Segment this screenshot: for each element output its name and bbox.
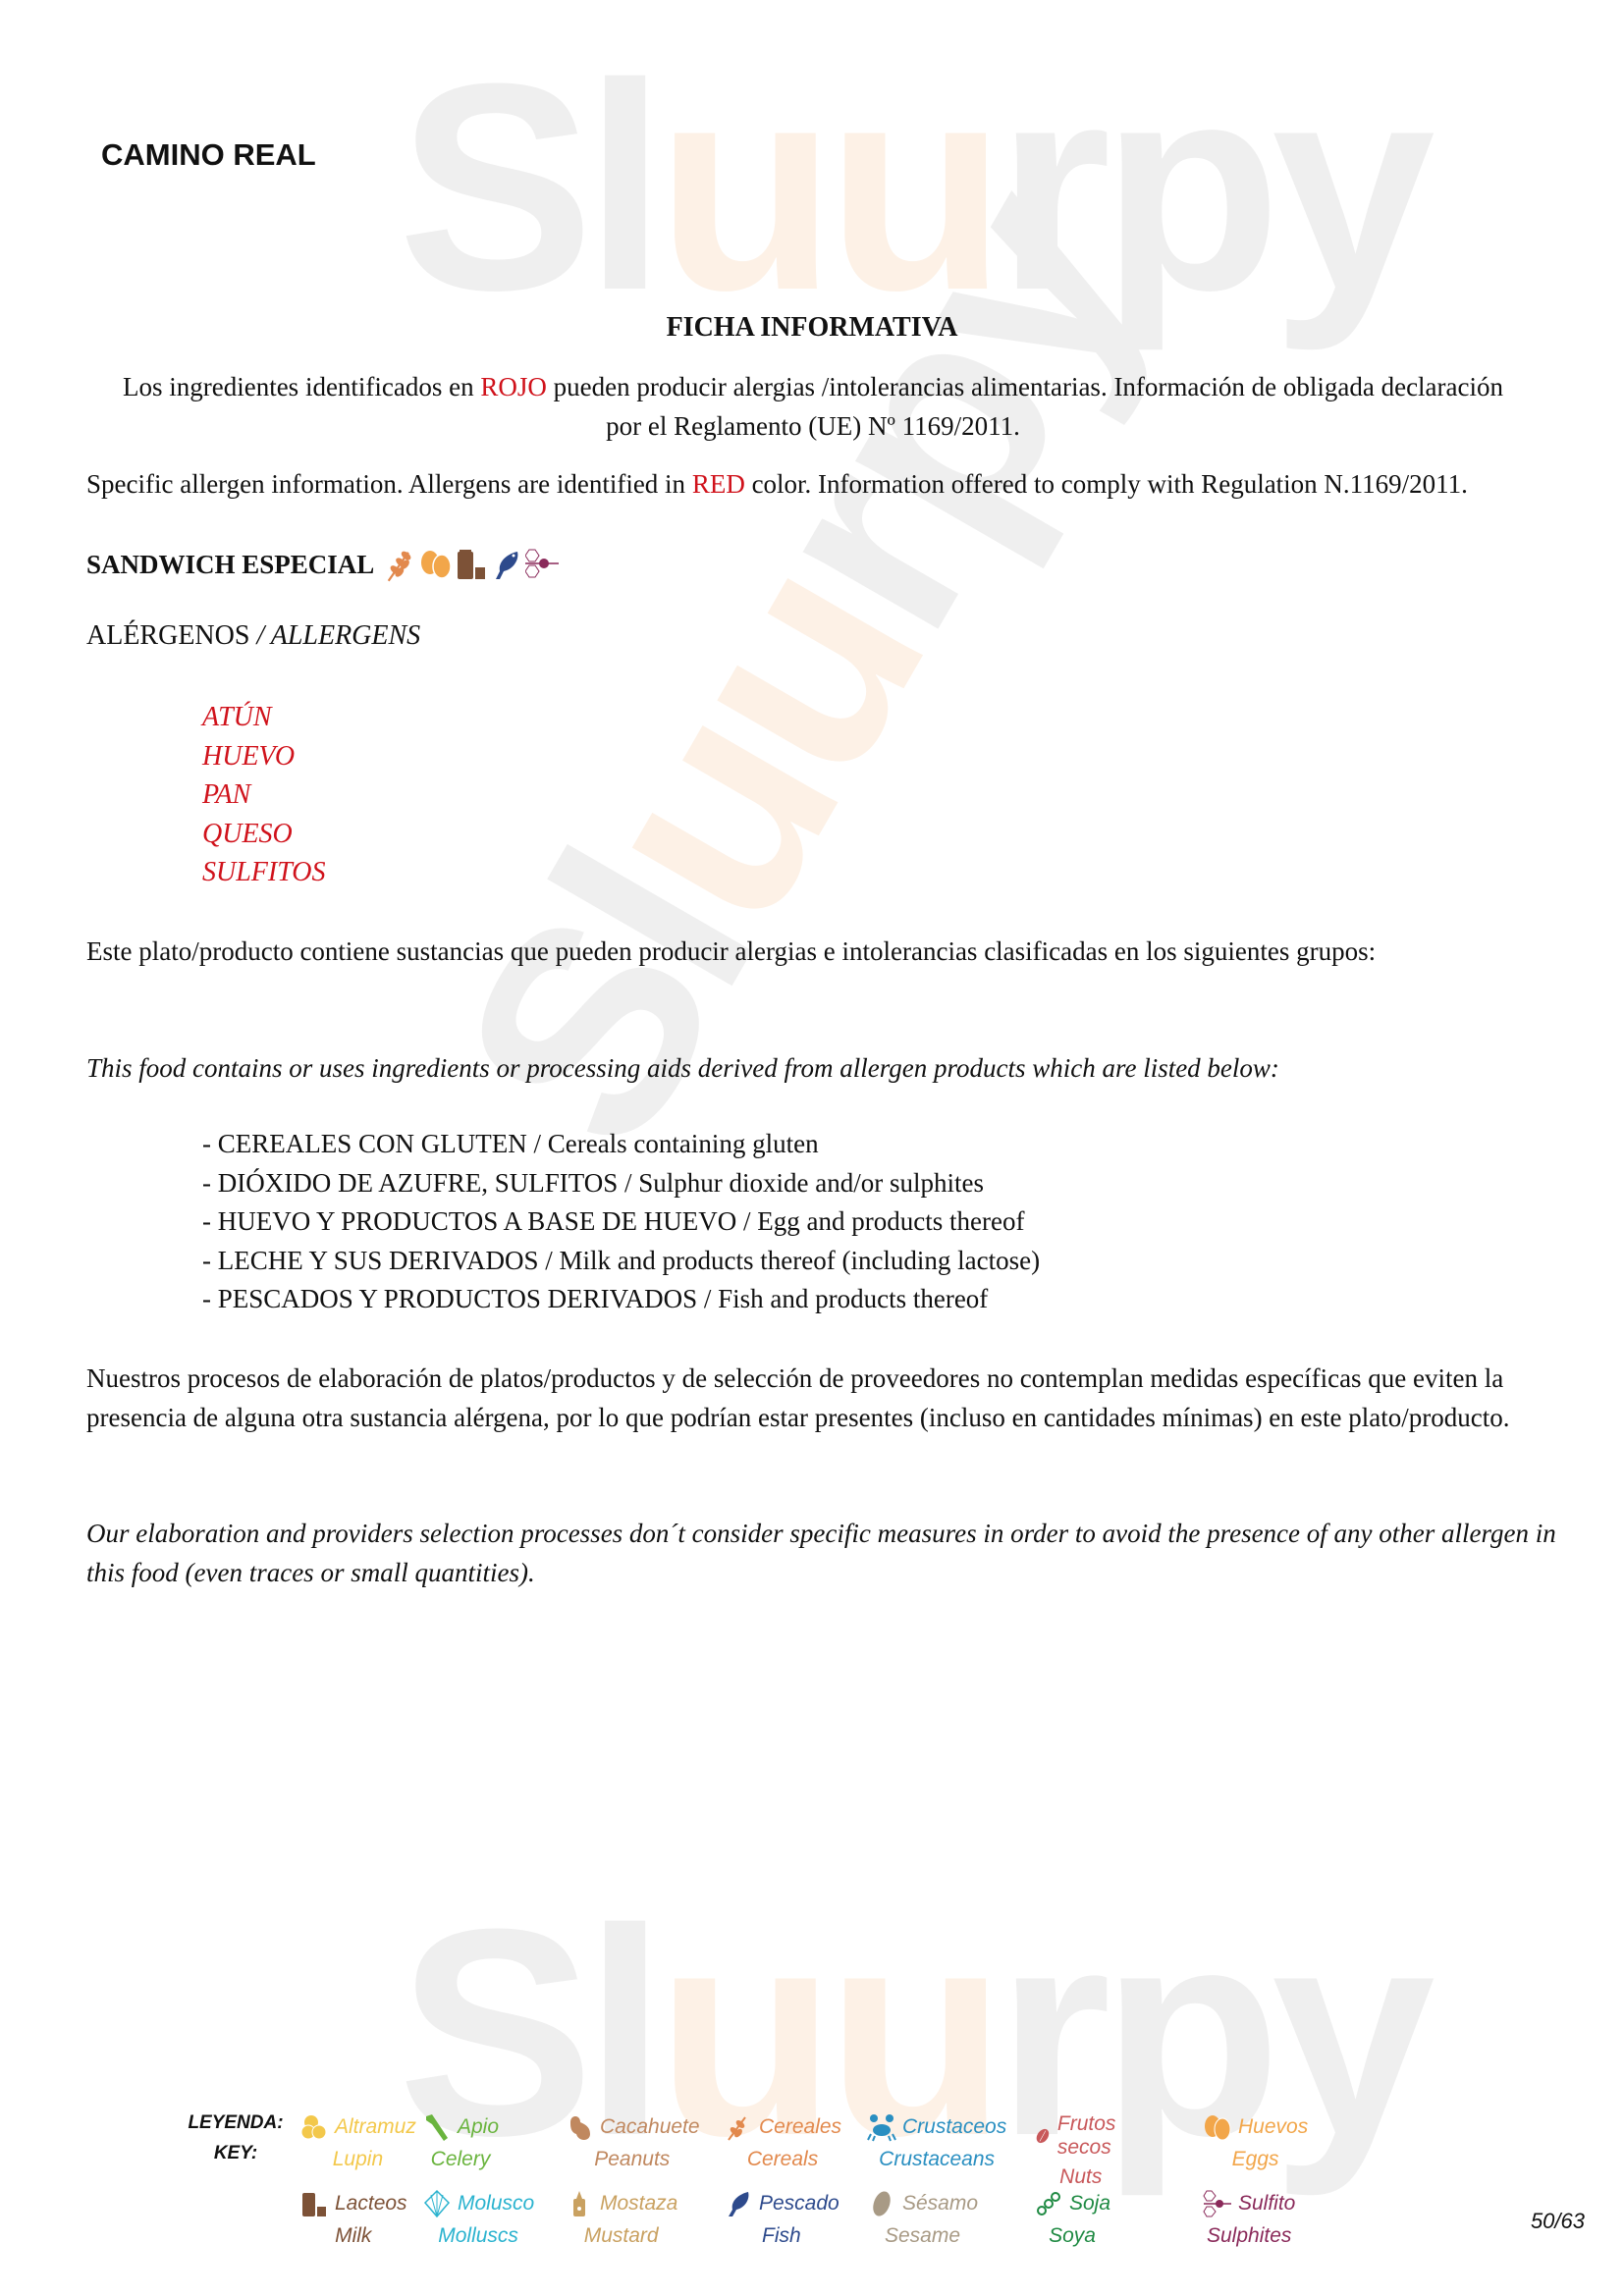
legend-item-es: Cereales [724, 2112, 841, 2142]
legend-item-lupin: AltramuzLupin [299, 2112, 416, 2171]
milk-icon [455, 546, 488, 583]
eggs-icon [419, 546, 453, 583]
legend-label-es: Cereales [759, 2115, 841, 2139]
legend-label-es: Apio [458, 2115, 499, 2139]
cereals-icon [384, 546, 417, 583]
legend-label-en: KEY: [182, 2143, 290, 2164]
legend-label-es: LEYENDA: [182, 2112, 290, 2134]
legend-label-es: Pescado [759, 2192, 839, 2216]
legend-label-es: Mostaza [600, 2192, 677, 2216]
heading-es: ALÉRGENOS [86, 620, 256, 651]
legend-label-en: Lupin [333, 2148, 383, 2171]
legend-label-es: Altramuz [335, 2115, 416, 2139]
legend-item-crustaceans: CrustaceosCrustaceans [867, 2112, 1006, 2171]
legend-item-soya: SojaSoya [1034, 2189, 1110, 2248]
list-item: PAN [202, 775, 326, 815]
legend-item-milk: LacteosMilk [299, 2189, 407, 2248]
legend-item-es: Sésamo [867, 2189, 978, 2218]
legend-label-es: Crustaceos [902, 2115, 1006, 2139]
legend-item-es: Lacteos [299, 2189, 407, 2218]
legend-label-es: Frutos secos [1057, 2112, 1128, 2160]
list-item: QUESO [202, 815, 326, 854]
sulphites-icon [525, 546, 559, 583]
legend-item-es: Apio [422, 2112, 499, 2142]
legend-item-cereals: CerealesCereals [724, 2112, 841, 2171]
list-item: - CEREALES CON GLUTEN / Cereals containi… [202, 1125, 1040, 1164]
intro-spanish: Los ingredientes identificados en ROJO p… [86, 367, 1540, 446]
cereals-icon [724, 2112, 753, 2142]
dish-name: SANDWICH ESPECIAL [86, 550, 374, 580]
list-item: SULFITOS [202, 853, 326, 892]
legend-item-es: Crustaceos [867, 2112, 1006, 2142]
legend-label-en: Sulphites [1207, 2224, 1291, 2248]
legend-item-eggs: HuevosEggs [1203, 2112, 1308, 2171]
legend-label-en: Sesame [885, 2224, 960, 2248]
legend-item-nuts: Frutos secosNuts [1034, 2112, 1128, 2189]
legend-item-es: Frutos secos [1034, 2112, 1128, 2160]
allergens-heading: ALÉRGENOS / ALLERGENS [86, 620, 420, 652]
legend-label-es: Soja [1069, 2192, 1110, 2216]
list-item: HUEVO [202, 737, 326, 776]
milk-icon [299, 2189, 329, 2218]
legend-item-peanuts: CacahuetePeanuts [565, 2112, 700, 2171]
legend-label-en: Fish [762, 2224, 801, 2248]
intro-text: pueden producir alergias /intolerancias … [547, 372, 1503, 401]
nut-icon [1034, 2121, 1052, 2151]
legend-item-es: Soja [1034, 2189, 1110, 2218]
allergen-groups-list: - CEREALES CON GLUTEN / Cereals containi… [202, 1125, 1040, 1319]
heading-en: / ALLERGENS [256, 620, 420, 651]
fish-icon [490, 546, 523, 583]
allergen-ingredients-list: ATÚN HUEVO PAN QUESO SULFITOS [202, 698, 326, 892]
legend-item-molluscs: MoluscoMolluscs [422, 2189, 534, 2248]
legend-label-en: Crustaceans [879, 2148, 995, 2171]
legend-label-en: Nuts [1059, 2165, 1102, 2189]
legend-item-sesame: SésamoSesame [867, 2189, 978, 2248]
list-item: - DIÓXIDO DE AZUFRE, SULFITOS / Sulphur … [202, 1164, 1040, 1203]
lupin-icon [299, 2112, 329, 2142]
sesame-icon [867, 2189, 896, 2218]
legend-label-en: Celery [431, 2148, 491, 2171]
crab-icon [867, 2112, 896, 2142]
legend-item-celery: ApioCelery [422, 2112, 499, 2171]
legend-item-es: Mostaza [565, 2189, 677, 2218]
sulphites-icon [1203, 2189, 1232, 2218]
list-item: ATÚN [202, 698, 326, 737]
legend-label-en: Cereals [747, 2148, 818, 2171]
legend-label-es: Cacahuete [600, 2115, 700, 2139]
peanut-icon [565, 2112, 594, 2142]
legend-label-en: Eggs [1232, 2148, 1279, 2171]
groups-intro-es: Este plato/producto contiene sustancias … [86, 932, 1540, 971]
list-item: - PESCADOS Y PRODUCTOS DERIVADOS / Fish … [202, 1280, 1040, 1319]
restaurant-name: CAMINO REAL [101, 137, 316, 173]
red-keyword: RED [692, 469, 745, 499]
legend-label-en: Peanuts [594, 2148, 670, 2171]
intro-english: Specific allergen information. Allergens… [86, 464, 1468, 504]
intro-text: Specific allergen information. Allergens… [86, 469, 692, 499]
legend-item-es: Pescado [724, 2189, 839, 2218]
groups-intro-en: This food contains or uses ingredients o… [86, 1048, 1279, 1088]
legend-label-en: Milk [335, 2224, 371, 2248]
dish-header: SANDWICH ESPECIAL [86, 546, 559, 583]
legend-label-en: Soya [1049, 2224, 1096, 2248]
legend-item-es: Sulfito [1203, 2189, 1295, 2218]
intro-text: por el Reglamento (UE) Nº 1169/2011. [606, 411, 1020, 441]
legend-label-es: Molusco [458, 2192, 534, 2216]
legend-item-es: Altramuz [299, 2112, 416, 2142]
shell-icon [422, 2189, 452, 2218]
red-keyword: ROJO [480, 372, 547, 401]
legend-item-es: Cacahuete [565, 2112, 700, 2142]
page-title: FICHA INFORMATIVA [0, 312, 1624, 344]
legend-item-es: Molusco [422, 2189, 534, 2218]
legend-item-mustard: MostazaMustard [565, 2189, 677, 2248]
legend-label-en: Molluscs [438, 2224, 518, 2248]
mustard-icon [565, 2189, 594, 2218]
intro-text: Los ingredientes identificados en [123, 372, 480, 401]
legend-label-es: Lacteos [335, 2192, 407, 2216]
fish-icon [724, 2189, 753, 2218]
soy-icon [1034, 2189, 1063, 2218]
legend-item-sulphites: SulfitoSulphites [1203, 2189, 1295, 2248]
list-item: - HUEVO Y PRODUCTOS A BASE DE HUEVO / Eg… [202, 1202, 1040, 1242]
intro-text: color. Information offered to comply wit… [745, 469, 1468, 499]
legend-item-fish: PescadoFish [724, 2189, 839, 2248]
legend-item-es: Huevos [1203, 2112, 1308, 2142]
legend-label-es: Huevos [1238, 2115, 1308, 2139]
legend-label-es: Sésamo [902, 2192, 978, 2216]
page-number: 50/63 [1531, 2209, 1585, 2234]
dish-allergen-icons [384, 546, 559, 583]
legend-label-en: Mustard [584, 2224, 659, 2248]
eggs-icon [1203, 2112, 1232, 2142]
celery-icon [422, 2112, 452, 2142]
notice-en: Our elaboration and providers selection … [86, 1514, 1559, 1592]
legend-label-es: Sulfito [1238, 2192, 1295, 2216]
notice-es: Nuestros procesos de elaboración de plat… [86, 1359, 1559, 1437]
list-item: - LECHE Y SUS DERIVADOS / Milk and produ… [202, 1242, 1040, 1281]
